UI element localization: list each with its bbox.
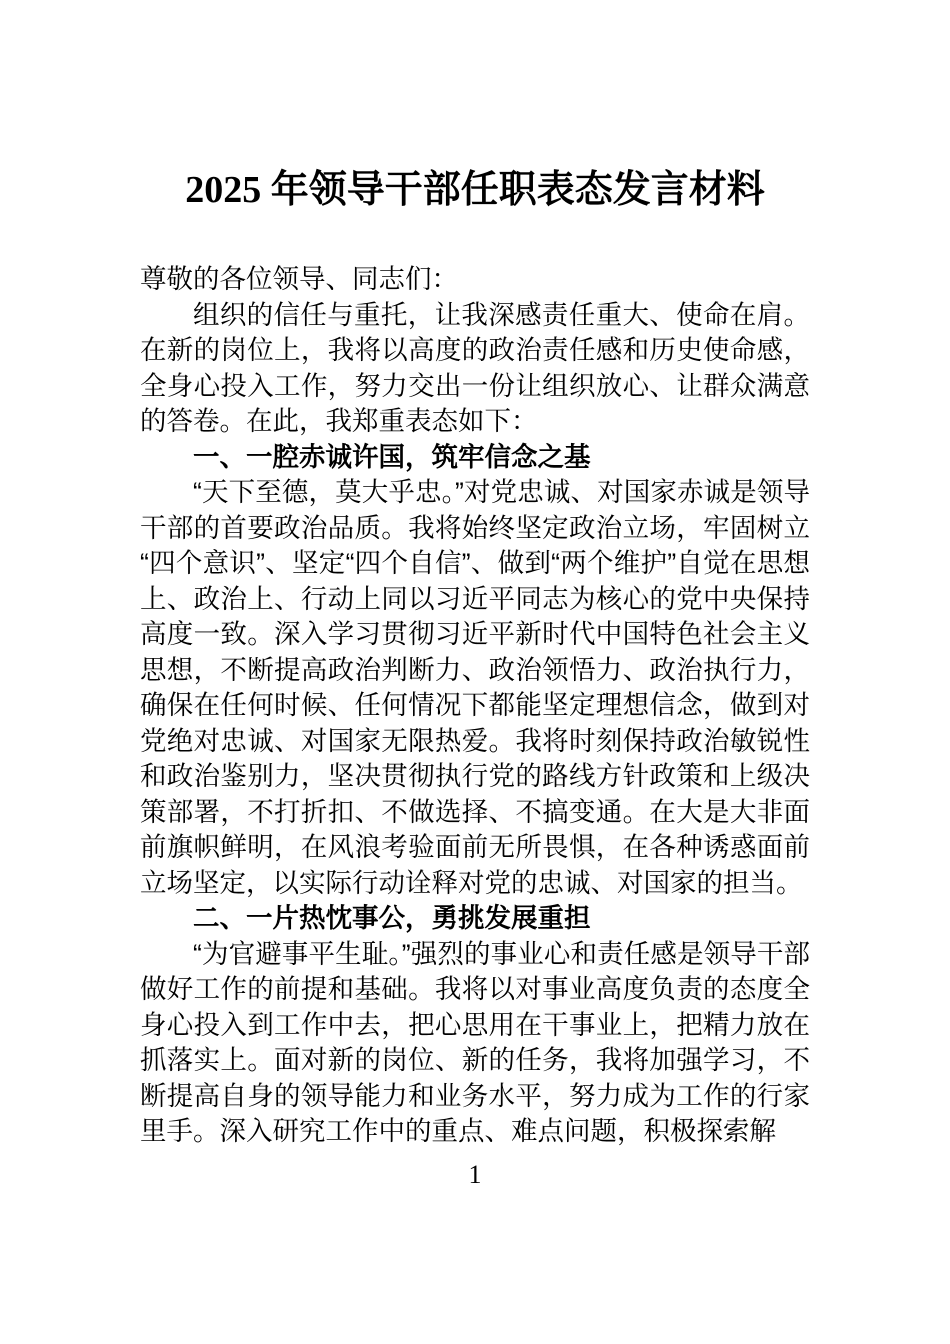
page-number: 1 — [0, 1160, 950, 1190]
document-body: 尊敬的各位领导、同志们： 组织的信任与重托，让我深感责任重大、使命在肩。在新的岗… — [0, 262, 950, 1150]
salutation-line: 尊敬的各位领导、同志们： — [140, 262, 810, 298]
paragraph-section-2: “为官避事平生耻。”强烈的事业心和责任感是领导干部做好工作的前提和基础。我将以对… — [140, 937, 810, 1150]
section-heading-2: 二、一片热忱事公，勇挑发展重担 — [140, 901, 810, 937]
section-heading-1: 一、一腔赤诚许国，筑牢信念之基 — [140, 440, 810, 476]
paragraph-section-1: “天下至德，莫大乎忠。”对党忠诚、对国家赤诚是领导干部的首要政治品质。我将始终坚… — [140, 475, 810, 901]
document-title: 2025 年领导干部任职表态发言材料 — [0, 0, 950, 215]
paragraph-intro: 组织的信任与重托，让我深感责任重大、使命在肩。在新的岗位上，我将以高度的政治责任… — [140, 298, 810, 440]
document-page: 2025 年领导干部任职表态发言材料 尊敬的各位领导、同志们： 组织的信任与重托… — [0, 0, 950, 1344]
